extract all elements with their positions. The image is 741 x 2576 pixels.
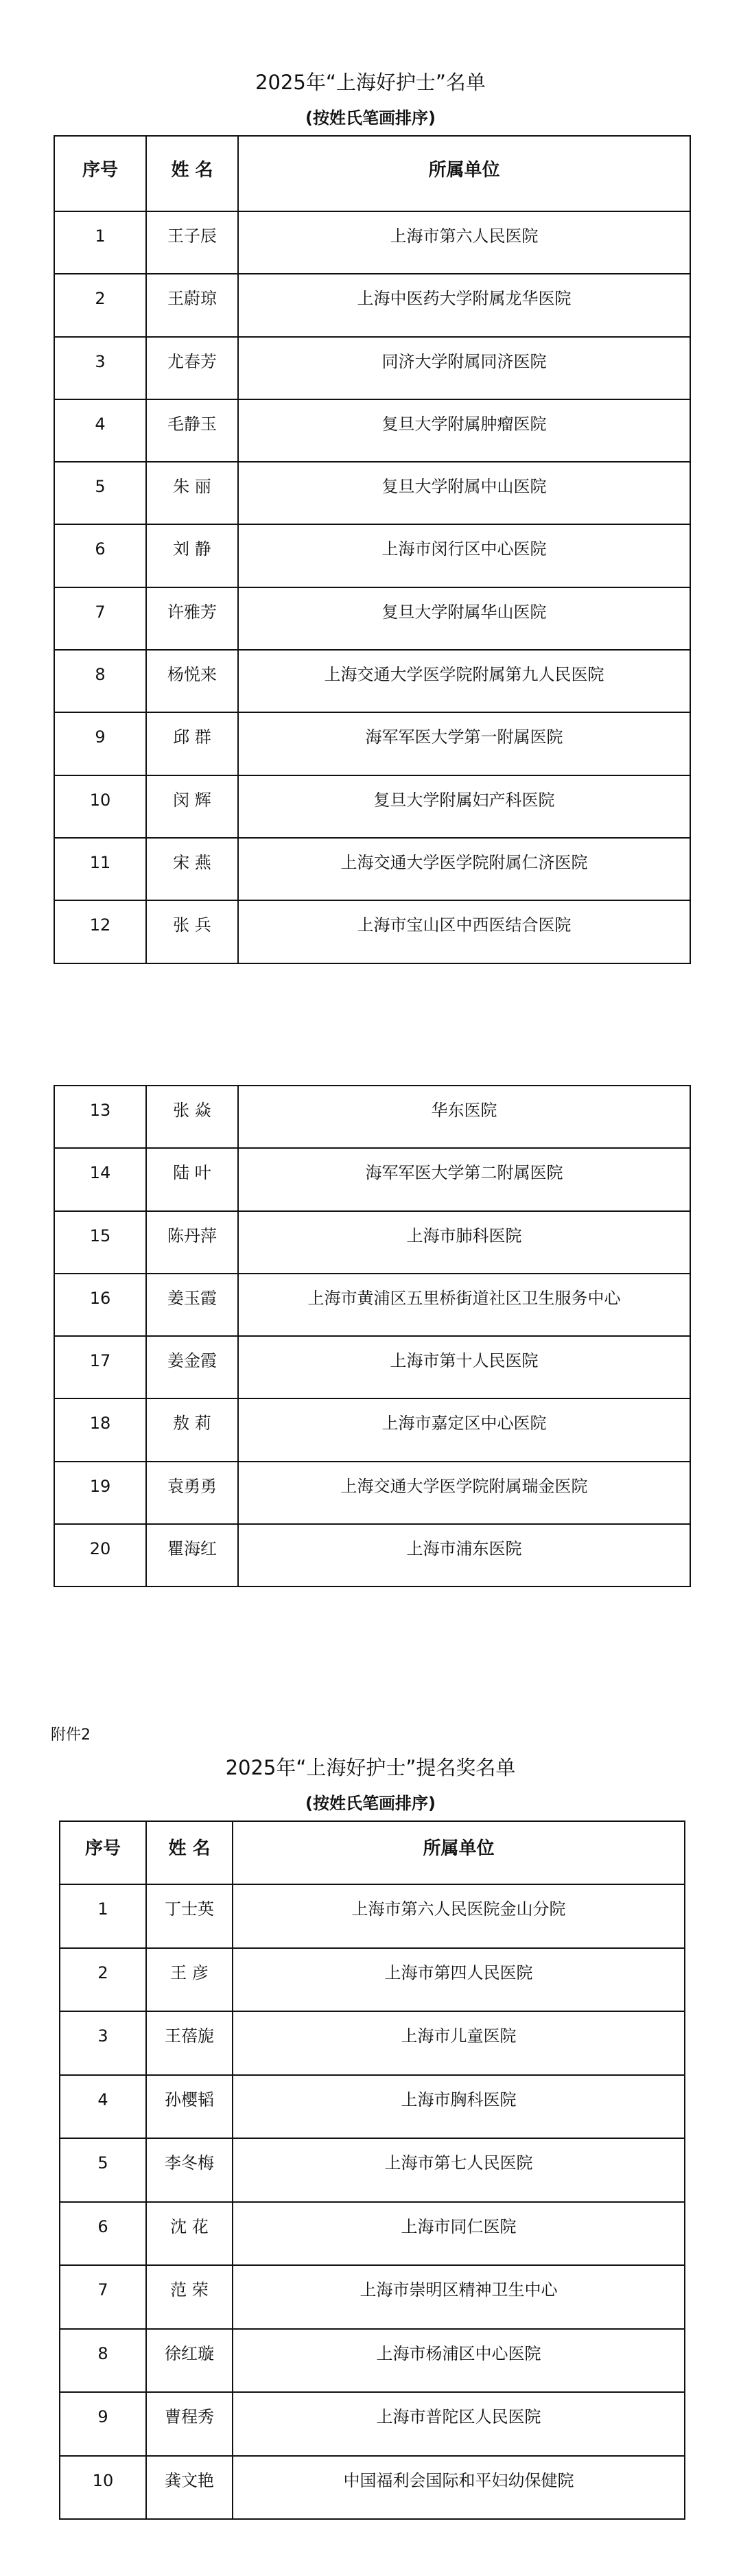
cell-no: 18	[54, 1398, 146, 1461]
list1-title: 2025年“上海好护士”名单	[0, 71, 741, 94]
cell-name: 孙樱韬	[146, 2075, 233, 2139]
cell-no: 9	[54, 712, 146, 775]
cell-name: 王 彦	[146, 1948, 233, 2012]
cell-org: 上海市崇明区精神卫生中心	[233, 2265, 685, 2329]
header-no: 序号	[54, 136, 146, 211]
cell-name: 朱 丽	[146, 462, 238, 524]
table-row: 8杨悦来上海交通大学医学院附属第九人民医院	[54, 650, 690, 712]
table-row: 5朱 丽复旦大学附属中山医院	[54, 462, 690, 524]
table-row: 1丁士英上海市第六人民医院金山分院	[60, 1884, 685, 1948]
cell-no: 15	[54, 1211, 146, 1274]
cell-org: 复旦大学附属肿瘤医院	[238, 399, 690, 462]
cell-org: 上海市宝山区中西医结合医院	[238, 900, 690, 963]
cell-org: 海军军医大学第二附属医院	[238, 1148, 690, 1210]
cell-name: 王子辰	[146, 211, 238, 274]
cell-org: 上海市第七人民医院	[233, 2138, 685, 2202]
cell-no: 8	[60, 2329, 146, 2393]
cell-name: 陈丹萍	[146, 1211, 238, 1274]
cell-name: 陆 叶	[146, 1148, 238, 1210]
table-row: 14陆 叶海军军医大学第二附属医院	[54, 1148, 690, 1210]
table-row: 11宋 燕上海交通大学医学院附属仁济医院	[54, 838, 690, 900]
cell-org: 复旦大学附属华山医院	[238, 587, 690, 650]
cell-no: 13	[54, 1086, 146, 1148]
table-row: 5李冬梅上海市第七人民医院	[60, 2138, 685, 2202]
cell-org: 中国福利会国际和平妇幼保健院	[233, 2456, 685, 2520]
cell-no: 4	[54, 399, 146, 462]
cell-name: 沈 花	[146, 2202, 233, 2266]
cell-name: 张 兵	[146, 900, 238, 963]
list1-subtitle: (按姓氏笔画排序)	[0, 108, 741, 128]
cell-org: 上海市闵行区中心医院	[238, 524, 690, 587]
cell-name: 瞿海红	[146, 1524, 238, 1586]
cell-org: 上海市浦东医院	[238, 1524, 690, 1586]
table-row: 8徐红璇上海市杨浦区中心医院	[60, 2329, 685, 2393]
header-org: 所属单位	[233, 1821, 685, 1884]
table-row: 9曹程秀上海市普陀区人民医院	[60, 2392, 685, 2456]
header-name: 姓 名	[146, 136, 238, 211]
table-row: 13张 焱华东医院	[54, 1086, 690, 1148]
cell-no: 9	[60, 2392, 146, 2456]
table-row: 2王 彦上海市第四人民医院	[60, 1948, 685, 2012]
table-row: 9邱 群海军军医大学第一附属医院	[54, 712, 690, 775]
cell-name: 张 焱	[146, 1086, 238, 1148]
cell-org: 上海交通大学医学院附属瑞金医院	[238, 1462, 690, 1524]
cell-org: 上海市第十人民医院	[238, 1336, 690, 1398]
cell-org: 上海交通大学医学院附属仁济医院	[238, 838, 690, 900]
cell-no: 10	[60, 2456, 146, 2520]
cell-org: 同济大学附属同济医院	[238, 337, 690, 399]
cell-no: 1	[60, 1884, 146, 1948]
cell-no: 7	[54, 587, 146, 650]
cell-name: 龚文艳	[146, 2456, 233, 2520]
table-row: 3王蓓旎上海市儿童医院	[60, 2011, 685, 2075]
table-row: 6沈 花上海市同仁医院	[60, 2202, 685, 2266]
cell-name: 敖 莉	[146, 1398, 238, 1461]
cell-name: 姜金霞	[146, 1336, 238, 1398]
cell-name: 杨悦来	[146, 650, 238, 712]
cell-org: 上海交通大学医学院附属第九人民医院	[238, 650, 690, 712]
table-row: 2王蔚琼上海中医药大学附属龙华医院	[54, 274, 690, 336]
cell-no: 3	[54, 337, 146, 399]
cell-name: 王蔚琼	[146, 274, 238, 336]
cell-no: 16	[54, 1274, 146, 1336]
cell-no: 10	[54, 775, 146, 838]
cell-org: 复旦大学附属妇产科医院	[238, 775, 690, 838]
table-header-row: 序号 姓 名 所属单位	[54, 136, 690, 211]
cell-name: 丁士英	[146, 1884, 233, 1948]
cell-org: 复旦大学附属中山医院	[238, 462, 690, 524]
table-row: 18敖 莉上海市嘉定区中心医院	[54, 1398, 690, 1461]
table-row: 1王子辰上海市第六人民医院	[54, 211, 690, 274]
list1-table-part1: 序号 姓 名 所属单位 1王子辰上海市第六人民医院2王蔚琼上海中医药大学附属龙华…	[54, 135, 691, 964]
cell-no: 6	[60, 2202, 146, 2266]
table-row: 10闵 辉复旦大学附属妇产科医院	[54, 775, 690, 838]
table-row: 4毛静玉复旦大学附属肿瘤医院	[54, 399, 690, 462]
cell-org: 上海市普陀区人民医院	[233, 2392, 685, 2456]
table-row: 19袁勇勇上海交通大学医学院附属瑞金医院	[54, 1462, 690, 1524]
cell-no: 7	[60, 2265, 146, 2329]
cell-no: 11	[54, 838, 146, 900]
list1-table-part2: 13张 焱华东医院14陆 叶海军军医大学第二附属医院15陈丹萍上海市肺科医院16…	[54, 1085, 691, 1587]
table-row: 7许雅芳复旦大学附属华山医院	[54, 587, 690, 650]
cell-name: 姜玉霞	[146, 1274, 238, 1336]
cell-no: 5	[54, 462, 146, 524]
table-row: 12张 兵上海市宝山区中西医结合医院	[54, 900, 690, 963]
cell-org: 上海市肺科医院	[238, 1211, 690, 1274]
header-no: 序号	[60, 1821, 146, 1884]
cell-name: 毛静玉	[146, 399, 238, 462]
list2-title: 2025年“上海好护士”提名奖名单	[0, 1756, 741, 1779]
cell-no: 20	[54, 1524, 146, 1586]
cell-name: 袁勇勇	[146, 1462, 238, 1524]
table-header-row: 序号 姓 名 所属单位	[60, 1821, 685, 1884]
cell-org: 上海市胸科医院	[233, 2075, 685, 2139]
cell-org: 上海中医药大学附属龙华医院	[238, 274, 690, 336]
cell-no: 12	[54, 900, 146, 963]
cell-name: 刘 静	[146, 524, 238, 587]
cell-org: 上海市第六人民医院金山分院	[233, 1884, 685, 1948]
header-name: 姓 名	[146, 1821, 233, 1884]
cell-no: 2	[54, 274, 146, 336]
cell-no: 4	[60, 2075, 146, 2139]
cell-no: 19	[54, 1462, 146, 1524]
cell-no: 6	[54, 524, 146, 587]
cell-no: 2	[60, 1948, 146, 2012]
cell-name: 李冬梅	[146, 2138, 233, 2202]
cell-name: 宋 燕	[146, 838, 238, 900]
cell-no: 8	[54, 650, 146, 712]
list2-table: 序号 姓 名 所属单位 1丁士英上海市第六人民医院金山分院2王 彦上海市第四人民…	[59, 1820, 685, 2520]
cell-name: 曹程秀	[146, 2392, 233, 2456]
cell-org: 上海市杨浦区中心医院	[233, 2329, 685, 2393]
header-org: 所属单位	[238, 136, 690, 211]
cell-org: 上海市第六人民医院	[238, 211, 690, 274]
table-row: 6刘 静上海市闵行区中心医院	[54, 524, 690, 587]
cell-name: 王蓓旎	[146, 2011, 233, 2075]
table-row: 4孙樱韬上海市胸科医院	[60, 2075, 685, 2139]
cell-org: 华东医院	[238, 1086, 690, 1148]
cell-name: 许雅芳	[146, 587, 238, 650]
cell-no: 17	[54, 1336, 146, 1398]
cell-name: 范 荣	[146, 2265, 233, 2329]
cell-no: 3	[60, 2011, 146, 2075]
table-row: 15陈丹萍上海市肺科医院	[54, 1211, 690, 1274]
cell-org: 上海市黄浦区五里桥街道社区卫生服务中心	[238, 1274, 690, 1336]
table-row: 10龚文艳中国福利会国际和平妇幼保健院	[60, 2456, 685, 2520]
table-row: 17姜金霞上海市第十人民医院	[54, 1336, 690, 1398]
cell-name: 尤春芳	[146, 337, 238, 399]
cell-name: 闵 辉	[146, 775, 238, 838]
cell-name: 邱 群	[146, 712, 238, 775]
cell-no: 5	[60, 2138, 146, 2202]
cell-org: 上海市嘉定区中心医院	[238, 1398, 690, 1461]
cell-org: 海军军医大学第一附属医院	[238, 712, 690, 775]
table-row: 7范 荣上海市崇明区精神卫生中心	[60, 2265, 685, 2329]
cell-org: 上海市儿童医院	[233, 2011, 685, 2075]
cell-name: 徐红璇	[146, 2329, 233, 2393]
table-row: 20瞿海红上海市浦东医院	[54, 1524, 690, 1586]
cell-no: 14	[54, 1148, 146, 1210]
cell-org: 上海市第四人民医院	[233, 1948, 685, 2012]
table-row: 16姜玉霞上海市黄浦区五里桥街道社区卫生服务中心	[54, 1274, 690, 1336]
cell-no: 1	[54, 211, 146, 274]
attachment-label: 附件2	[51, 1726, 91, 1745]
table-row: 3尤春芳同济大学附属同济医院	[54, 337, 690, 399]
list2-subtitle: (按姓氏笔画排序)	[0, 1793, 741, 1814]
cell-org: 上海市同仁医院	[233, 2202, 685, 2266]
